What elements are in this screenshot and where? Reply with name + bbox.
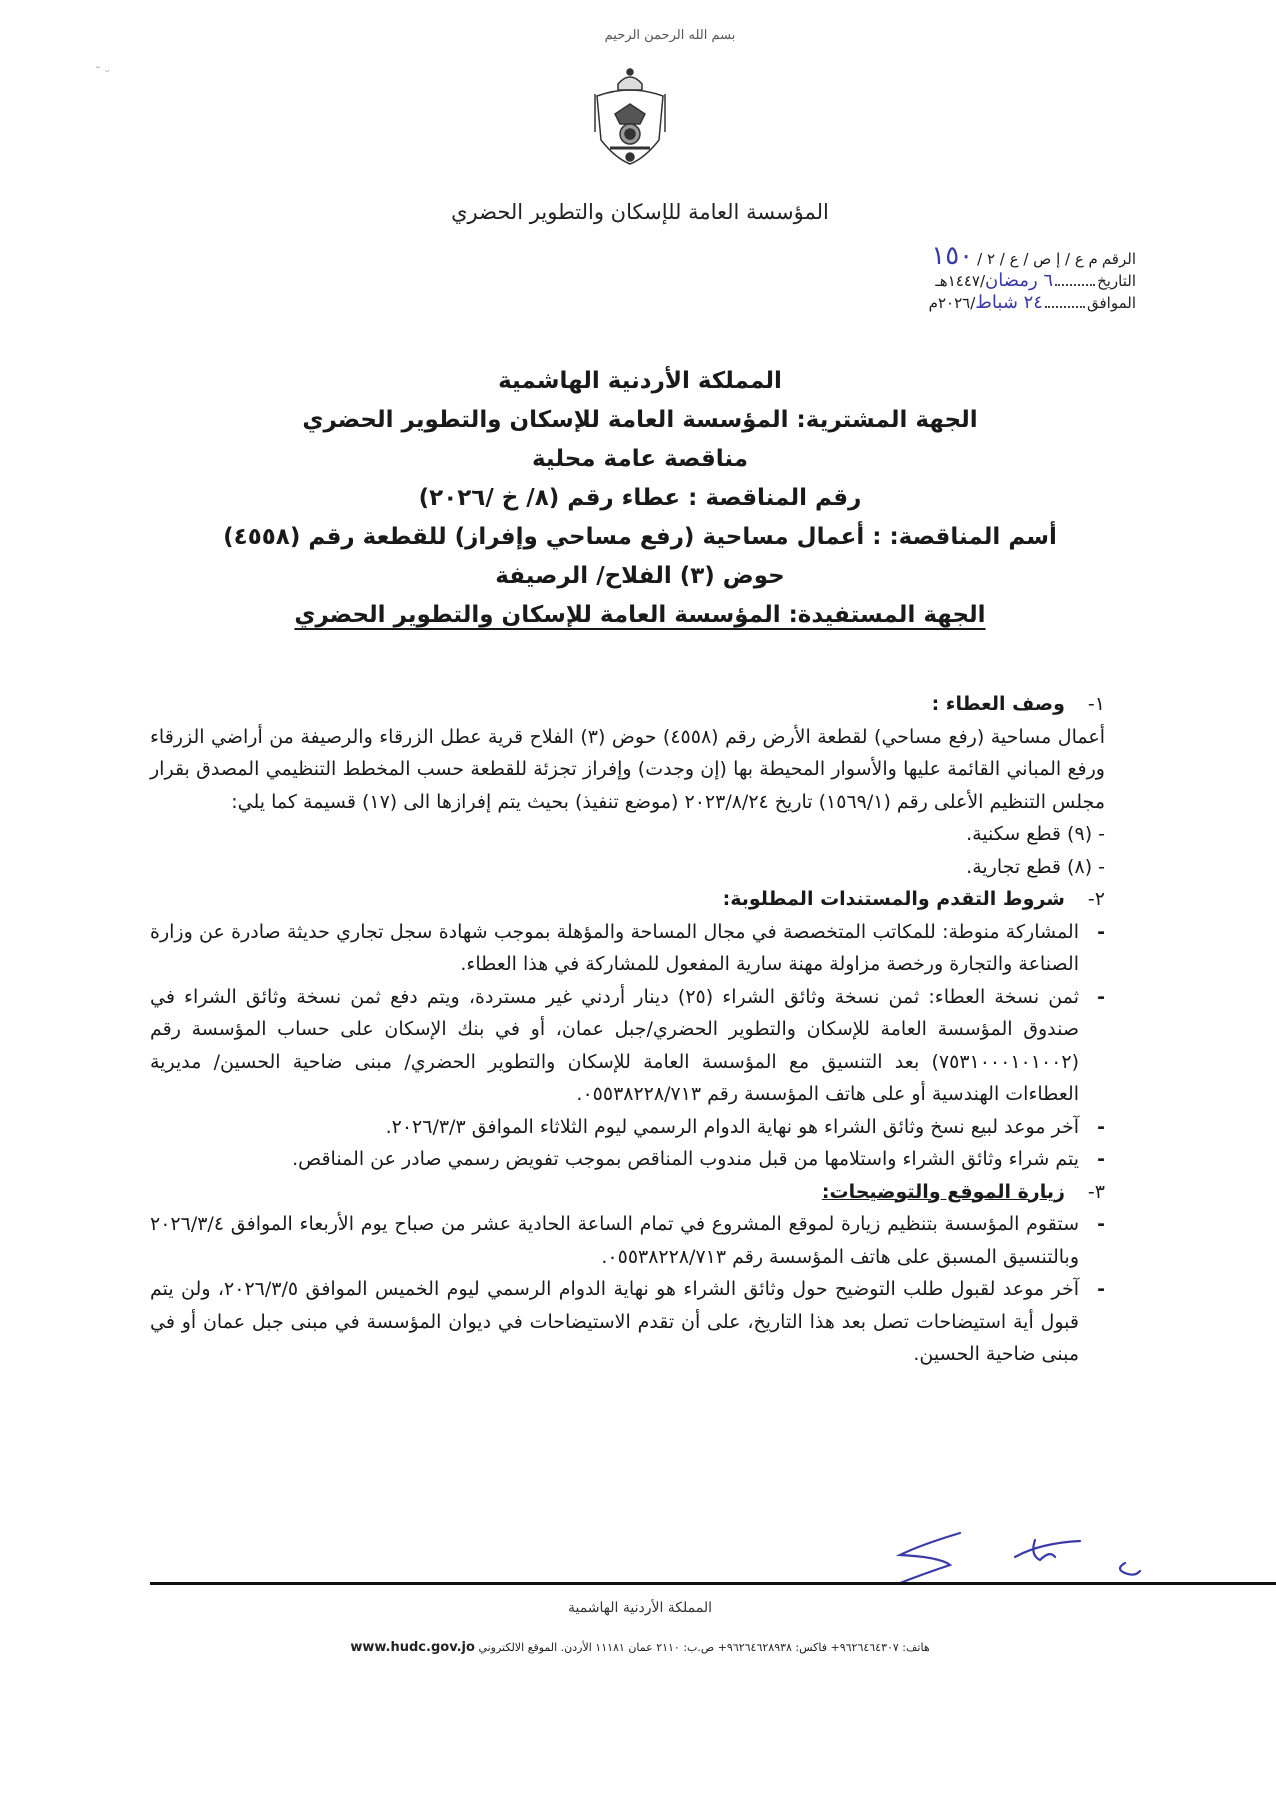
footer-contact-text: هاتف: ٩٦٢٦٤٦٤٣٠٧+ فاكس: ٩٦٢٦٤٦٢٨٩٣٨+ ص.ب…	[478, 1641, 929, 1654]
beneficiary-line: الجهة المستفيدة: المؤسسة العامة للإسكان …	[294, 602, 985, 628]
bullet-text: آخر موعد لقبول طلب التوضيح حول وثائق الش…	[150, 1273, 1079, 1371]
section-title: وصف العطاء :	[932, 693, 1065, 715]
bullet-marker: -	[1079, 1111, 1105, 1144]
basmala: بسم الله الرحمن الرحيم	[580, 28, 760, 43]
section-1-paragraph: أعمال مساحية (رفع مساحي) لقطعة الأرض رقم…	[150, 721, 1105, 819]
ref-hijri-handwritten: ٦ رمضان	[985, 270, 1053, 292]
ref-hijri-row: التاريخ ٦ رمضان /١٤٤٧هـ	[816, 270, 1136, 292]
ref-number-row: الرقم م ع / إ ص / ع / ٢ / ١٥٠	[816, 245, 1136, 270]
footer-contact: هاتف: ٩٦٢٦٤٦٤٣٠٧+ فاكس: ٩٦٢٦٤٦٢٨٩٣٨+ ص.ب…	[160, 1640, 1120, 1655]
footer-divider	[150, 1582, 1276, 1585]
tender-type: مناقصة عامة محلية	[180, 440, 1100, 479]
section-title: زيارة الموقع والتوضيحات:	[822, 1181, 1065, 1203]
dotted-line	[1045, 306, 1085, 308]
footer-website-link[interactable]: www.hudc.gov.jo	[350, 1640, 475, 1655]
bullet-item: - ستقوم المؤسسة بتنظيم زيارة لموقع المشر…	[150, 1208, 1105, 1273]
signature-initials	[840, 1505, 1160, 1585]
ref-hijri-year: /١٤٤٧هـ	[935, 270, 985, 292]
section-title: شروط التقدم والمستندات المطلوبة:	[723, 888, 1065, 910]
bullet-marker: -	[1079, 981, 1105, 1111]
tender-number: رقم المناقصة : عطاء رقم (٨/ خ /٢٠٢٦)	[180, 479, 1100, 518]
dotted-line	[1055, 284, 1095, 286]
title-block: المملكة الأردنية الهاشمية الجهة المشترية…	[180, 362, 1100, 635]
ref-greg-year: /٢٠٢٦م	[929, 292, 976, 314]
bullet-marker: -	[1079, 916, 1105, 981]
scan-mark: ᵕ ˘	[95, 65, 110, 79]
bullet-text: يتم شراء وثائق الشراء واستلامها من قبل م…	[150, 1143, 1079, 1176]
bullet-item: - آخر موعد لقبول طلب التوضيح حول وثائق ا…	[150, 1273, 1105, 1371]
bullet-marker: -	[1079, 1273, 1105, 1371]
document-body: ١- وصف العطاء : أعمال مساحية (رفع مساحي)…	[150, 688, 1105, 1371]
bullet-item: - يتم شراء وثائق الشراء واستلامها من قبل…	[150, 1143, 1105, 1176]
ref-date-label: التاريخ	[1097, 270, 1136, 292]
bullet-item: - آخر موعد لبيع نسخ وثائق الشراء هو نهاي…	[150, 1111, 1105, 1144]
coat-of-arms-icon	[585, 62, 675, 172]
bullet-marker: -	[1079, 1208, 1105, 1273]
ref-greg-row: الموافق ٢٤ شباط /٢٠٢٦م	[816, 292, 1136, 314]
purchaser-line: الجهة المشترية: المؤسسة العامة للإسكان و…	[180, 401, 1100, 440]
org-calligraphy-header: المؤسسة العامة للإسكان والتطوير الحضري	[420, 200, 860, 224]
list-item: - (٩) قطع سكنية.	[150, 818, 1105, 851]
basin-line: حوض (٣) الفلاح/ الرصيفة	[180, 557, 1100, 596]
section-number: ٢-	[1071, 883, 1105, 916]
section-2-heading: ٢- شروط التقدم والمستندات المطلوبة:	[150, 883, 1105, 916]
bullet-text: ستقوم المؤسسة بتنظيم زيارة لموقع المشروع…	[150, 1208, 1079, 1273]
bullet-item: - المشاركة منوطة: للمكاتب المتخصصة في مج…	[150, 916, 1105, 981]
ref-greg-label: الموافق	[1087, 292, 1136, 314]
ref-number-handwritten: ١٥٠	[931, 245, 973, 267]
section-number: ٣-	[1071, 1176, 1105, 1209]
footer-title: المملكة الأردنية الهاشمية	[420, 1600, 860, 1616]
section-3-heading: ٣- زيارة الموقع والتوضيحات:	[150, 1176, 1105, 1209]
bullet-text: آخر موعد لبيع نسخ وثائق الشراء هو نهاية …	[150, 1111, 1079, 1144]
country-title: المملكة الأردنية الهاشمية	[180, 362, 1100, 401]
ref-greg-handwritten: ٢٤ شباط	[975, 292, 1043, 314]
section-number: ١-	[1071, 688, 1105, 721]
bullet-text: المشاركة منوطة: للمكاتب المتخصصة في مجال…	[150, 916, 1079, 981]
section-1-heading: ١- وصف العطاء :	[150, 688, 1105, 721]
list-item: - (٨) قطع تجارية.	[150, 851, 1105, 884]
bullet-text: ثمن نسخة العطاء: ثمن نسخة وثائق الشراء (…	[150, 981, 1079, 1111]
ref-number-label: الرقم	[1102, 248, 1136, 270]
bullet-item: - ثمن نسخة العطاء: ثمن نسخة وثائق الشراء…	[150, 981, 1105, 1111]
tender-name: أسم المناقصة: : أعمال مساحية (رفع مساحي …	[180, 518, 1100, 557]
reference-block: الرقم م ع / إ ص / ع / ٢ / ١٥٠ التاريخ ٦ …	[816, 245, 1136, 314]
bullet-marker: -	[1079, 1143, 1105, 1176]
ref-number-printed: م ع / إ ص / ع / ٢ /	[977, 248, 1098, 270]
